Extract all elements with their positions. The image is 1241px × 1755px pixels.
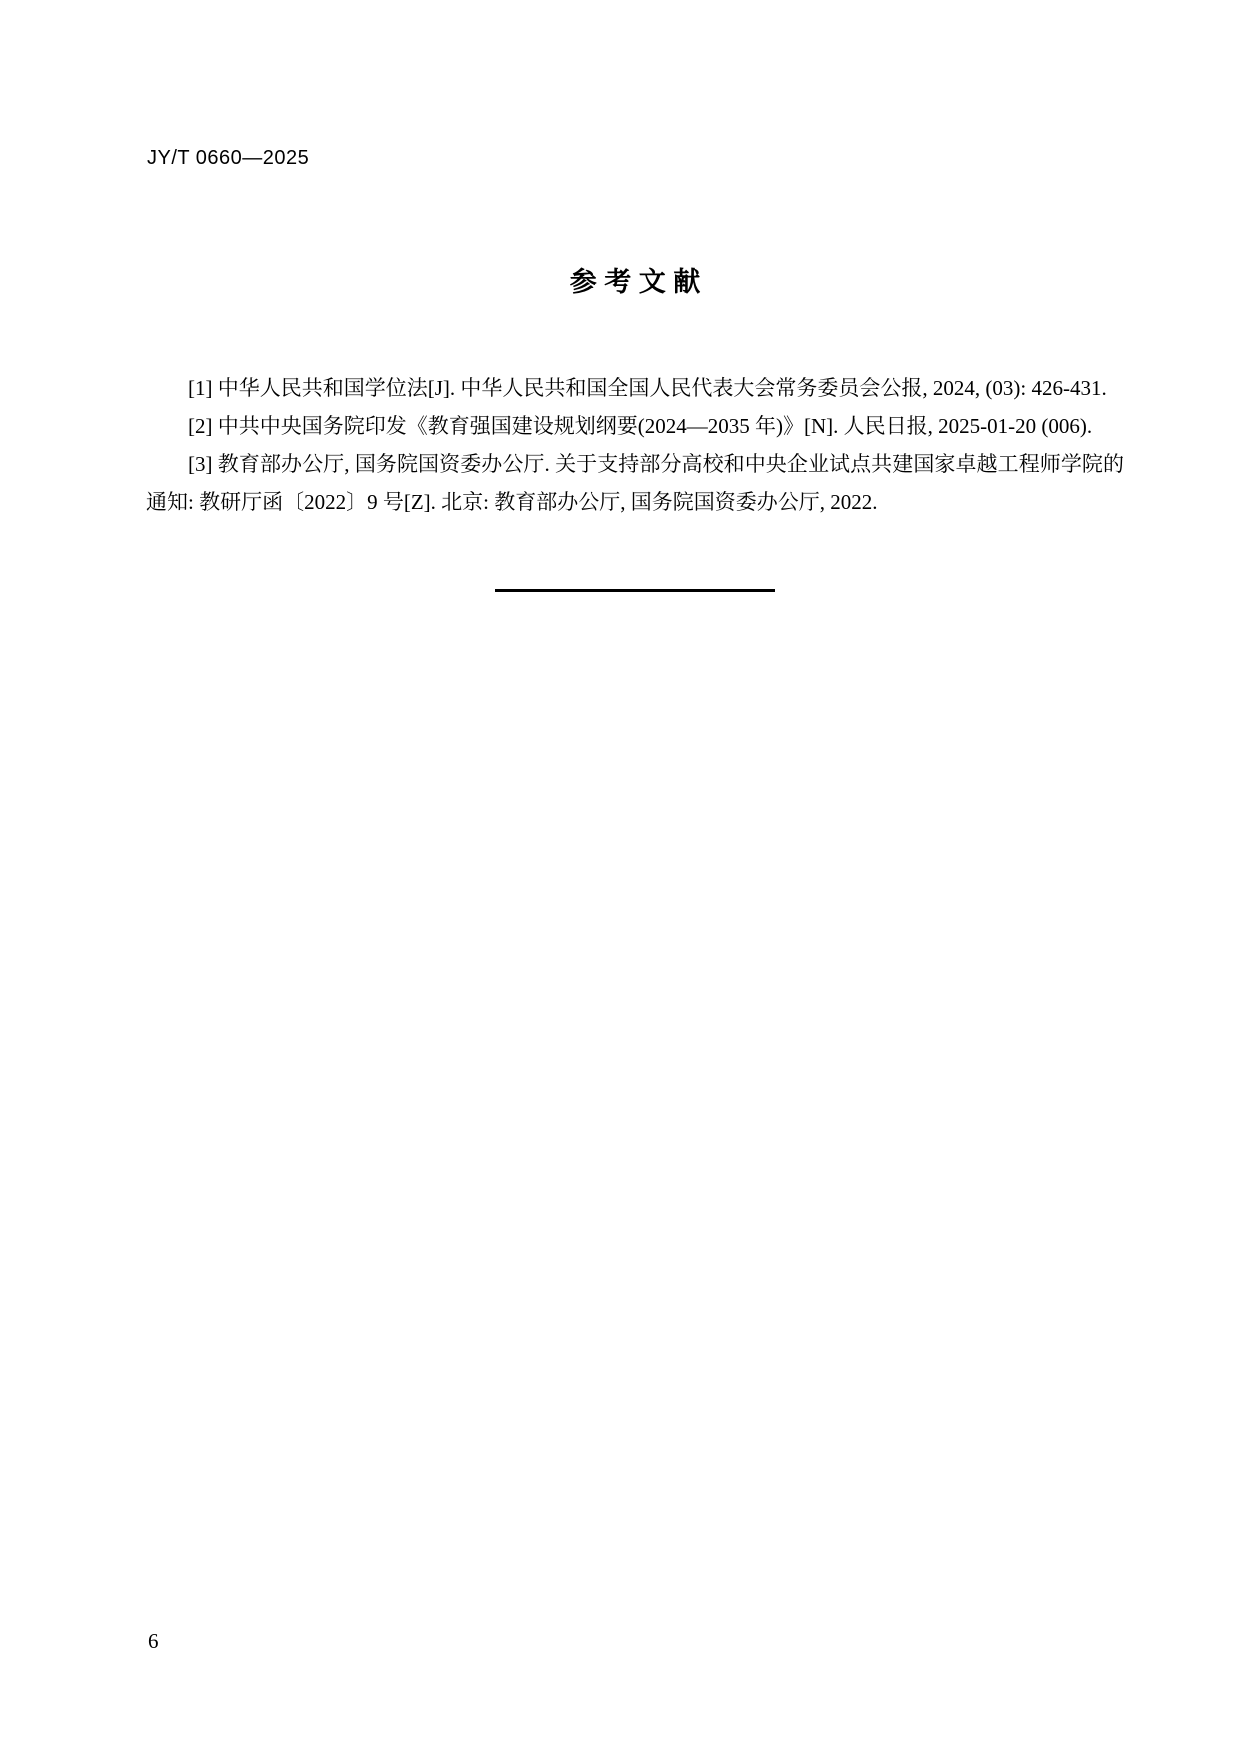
references-list: [1] 中华人民共和国学位法[J]. 中华人民共和国全国人民代表大会常务委员会公…	[146, 369, 1124, 521]
references-title: 参 考 文 献	[146, 260, 1124, 299]
standard-number: JY/T 0660—2025	[147, 147, 309, 170]
reference-entry-3: [3] 教育部办公厅, 国务院国资委办公厅. 关于支持部分高校和中央企业试点共建…	[146, 445, 1124, 521]
end-of-document-rule	[495, 589, 775, 592]
reference-entry-2: [2] 中共中央国务院印发《教育强国建设规划纲要(2024—2035 年)》[N…	[146, 407, 1124, 445]
page-number: 6	[148, 1629, 159, 1654]
reference-entry-1: [1] 中华人民共和国学位法[J]. 中华人民共和国全国人民代表大会常务委员会公…	[146, 369, 1124, 407]
document-page: JY/T 0660—2025 参 考 文 献 [1] 中华人民共和国学位法[J]…	[0, 0, 1241, 1755]
